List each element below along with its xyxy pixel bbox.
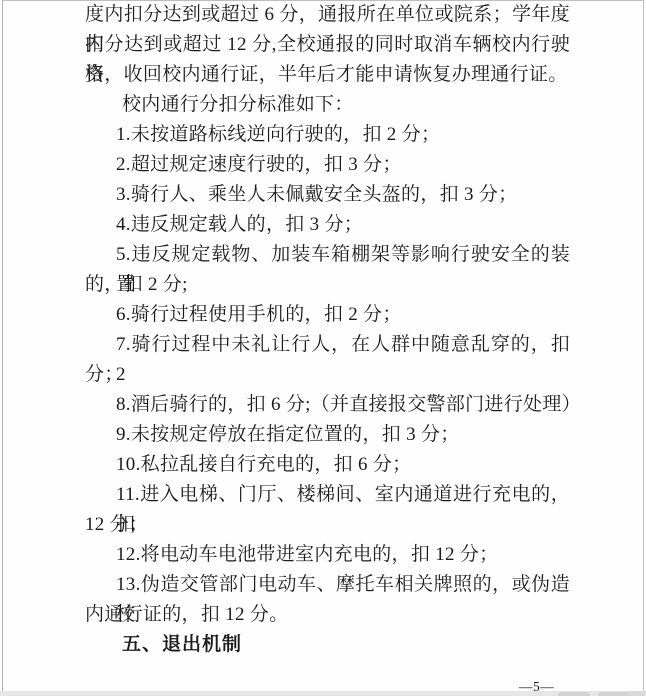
page-corner-shadow xyxy=(628,691,646,696)
doc-line: 12 分； xyxy=(85,510,570,540)
doc-line-item-10: 10.私拉乱接自行充电的，扣 6 分； xyxy=(85,450,570,480)
doc-line: 扣分达到或超过 12 分,全校通报的同时取消车辆校内行驶资 xyxy=(85,30,570,60)
document-page: 度内扣分达到或超过 6 分，通报所在单位或院系；学年度内 扣分达到或超过 12 … xyxy=(0,0,646,691)
doc-line: 度内扣分达到或超过 6 分，通报所在单位或院系；学年度内 xyxy=(85,0,570,30)
doc-line-item-6: 6.骑行过程使用手机的，扣 2 分； xyxy=(85,300,570,330)
document-body: 度内扣分达到或超过 6 分，通报所在单位或院系；学年度内 扣分达到或超过 12 … xyxy=(85,0,570,660)
doc-line-item-9: 9.未按规定停放在指定位置的，扣 3 分； xyxy=(85,420,570,450)
doc-line-item-3: 3.骑行人、乘坐人未佩戴安全头盔的，扣 3 分； xyxy=(85,180,570,210)
background-strip-shadow xyxy=(558,692,590,696)
doc-line-item-11: 11.进入电梯、门厅、楼梯间、室内通道进行充电的，扣 xyxy=(85,480,570,510)
doc-line-item-5: 5.违反规定载物、加装车箱棚架等影响行驶安全的装置 xyxy=(85,240,570,270)
doc-line-item-2: 2.超过规定速度行驶的，扣 3 分； xyxy=(85,150,570,180)
doc-line: 内通行证的，扣 12 分。 xyxy=(85,600,570,630)
background-strip xyxy=(0,691,646,696)
section-heading: 五、退出机制 xyxy=(85,630,570,660)
background-strip-shadow xyxy=(598,692,632,696)
page-number: —5— xyxy=(519,679,554,691)
doc-line: 的，扣 2 分; xyxy=(85,270,570,300)
doc-line: 格，收回校内通行证，半年后才能申请恢复办理通行证。 xyxy=(85,60,570,90)
doc-line-item-13: 13.伪造交管部门电动车、摩托车相关牌照的，或伪造校 xyxy=(85,570,570,600)
doc-line-item-8: 8.酒后骑行的，扣 6 分;（并直接报交警部门进行处理） xyxy=(85,390,570,420)
page-edge-left xyxy=(2,0,3,691)
doc-line-item-4: 4.违反规定载人的，扣 3 分； xyxy=(85,210,570,240)
doc-line: 校内通行分扣分标准如下： xyxy=(85,90,570,120)
doc-line: 分； xyxy=(85,360,570,390)
doc-line-item-1: 1.未按道路标线逆向行驶的，扣 2 分； xyxy=(85,120,570,150)
doc-line-item-12: 12.将电动车电池带进室内充电的，扣 12 分； xyxy=(85,540,570,570)
doc-line-item-7: 7.骑行过程中未礼让行人，在人群中随意乱穿的，扣 2 xyxy=(85,330,570,360)
page-edge-right xyxy=(643,0,644,691)
